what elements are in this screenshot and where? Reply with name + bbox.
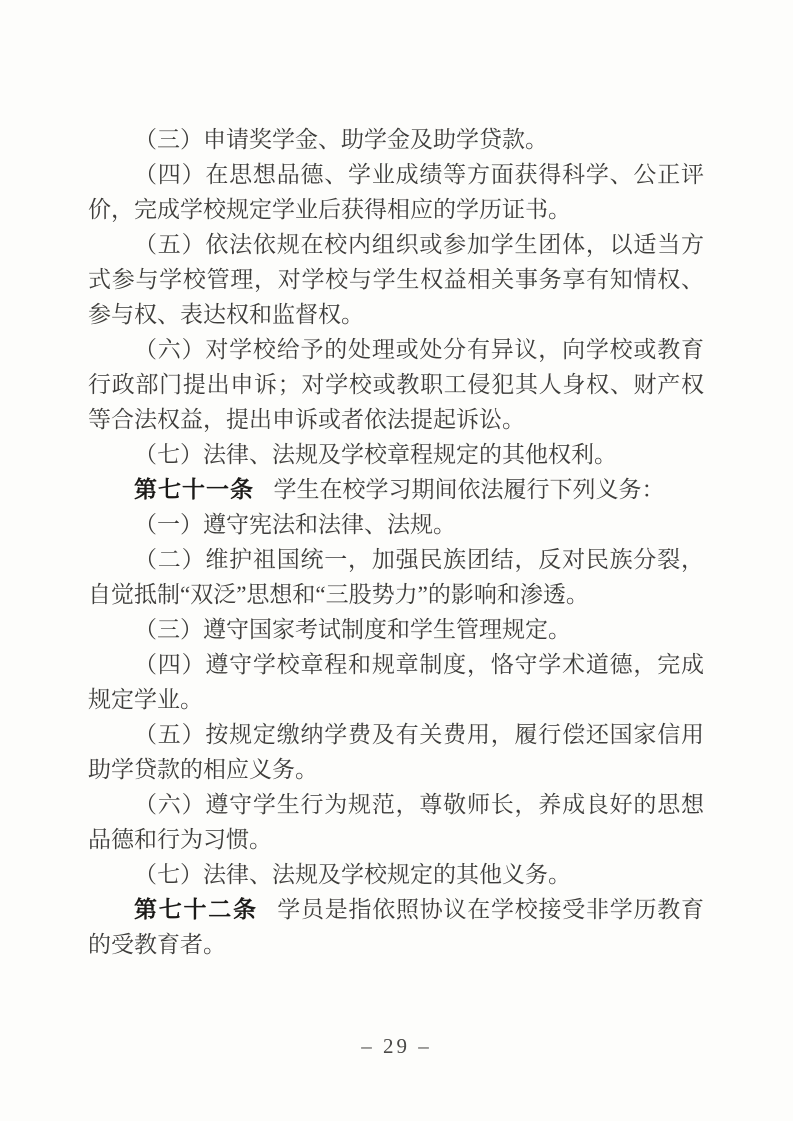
paragraph: （一）遵守宪法和法律、法规。: [88, 507, 704, 542]
paragraph: （六）遵守学生行为规范，尊敬师长，养成良好的思想品德和行为习惯。: [88, 787, 704, 857]
paragraph: （四）遵守学校章程和规章制度，恪守学术道德，完成规定学业。: [88, 647, 704, 717]
paragraph: （二）维护祖国统一，加强民族团结，反对民族分裂，自觉抵制“双泛”思想和“三股势力…: [88, 542, 704, 612]
paragraph: （七）法律、法规及学校规定的其他义务。: [88, 857, 704, 892]
paragraph: （三）遵守国家考试制度和学生管理规定。: [88, 612, 704, 647]
article-number: 第七十二条: [134, 896, 258, 922]
article-paragraph: 第七十一条学生在校学习期间依法履行下列义务：: [88, 472, 704, 507]
document-page: （三）申请奖学金、助学金及助学贷款。（四）在思想品德、学业成绩等方面获得科学、公…: [0, 0, 793, 1121]
page-number: – 29 –: [0, 1034, 793, 1059]
paragraph: （六）对学校给予的处理或处分有异议，向学校或教育行政部门提出申诉；对学校或教职工…: [88, 332, 704, 437]
paragraph: （四）在思想品德、学业成绩等方面获得科学、公正评价，完成学校规定学业后获得相应的…: [88, 157, 704, 227]
article-paragraph: 第七十二条学员是指依照协议在学校接受非学历教育的受教育者。: [88, 892, 704, 962]
paragraph: （三）申请奖学金、助学金及助学贷款。: [88, 122, 704, 157]
document-body: （三）申请奖学金、助学金及助学贷款。（四）在思想品德、学业成绩等方面获得科学、公…: [88, 122, 704, 962]
paragraph: （五）依法依规在校内组织或参加学生团体，以适当方式参与学校管理，对学校与学生权益…: [88, 227, 704, 332]
paragraph: （五）按规定缴纳学费及有关费用，履行偿还国家信用助学贷款的相应义务。: [88, 717, 704, 787]
article-number: 第七十一条: [134, 476, 254, 502]
paragraph: （七）法律、法规及学校章程规定的其他权利。: [88, 437, 704, 472]
